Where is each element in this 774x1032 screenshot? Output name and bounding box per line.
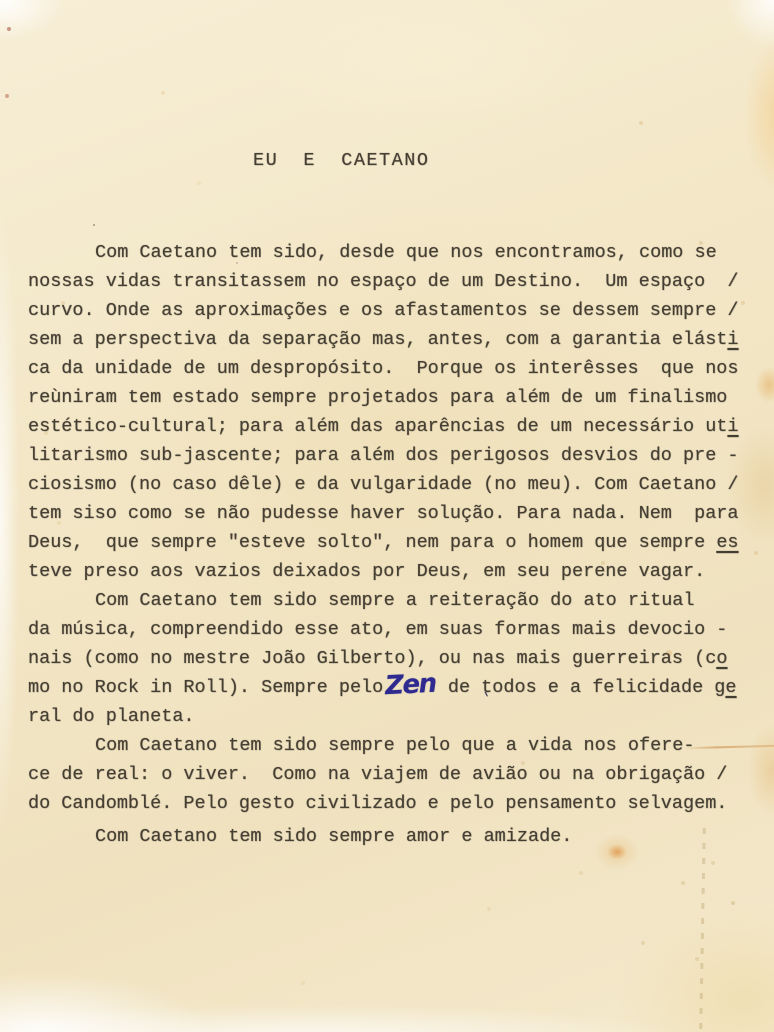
text-line: tem siso como se não pudesse haver soluç… [28, 499, 768, 528]
text-line: reùniram tem estado sempre projetados pa… [28, 383, 768, 412]
paragraph: Com Caetano tem sido sempre a reiteração… [28, 586, 768, 731]
typed-text: Com Caetano tem sido, desde que nos enco… [95, 242, 717, 263]
typed-text: da música, compreendido esse ato, em sua… [28, 619, 727, 640]
text-line: Com Caetano tem sido sempre a reiteração… [28, 586, 768, 615]
typed-text: Deus, que sempre "esteve solto", nem par… [28, 532, 716, 553]
paragraph: Com Caetano tem sido sempre amor e amiza… [28, 822, 768, 851]
document-title: EU E CAETANO [253, 150, 429, 172]
typed-text: ral do planeta. [28, 706, 195, 727]
underlined-text: i [727, 416, 738, 437]
typed-text: reùniram tem estado sempre projetados pa… [28, 387, 727, 408]
text-line: Com Caetano tem sido sempre pelo que a v… [28, 731, 768, 760]
text-line: estético-cultural; para além das aparênc… [28, 412, 768, 441]
typed-text: ciosismo (no caso dêle) e da vulgaridade… [28, 474, 739, 495]
typed-text: ca da unidade de um despropósito. Porque… [28, 358, 739, 379]
typed-text: Com Caetano tem sido sempre a reiteração… [95, 590, 695, 611]
typed-text: do Candomblé. Pelo gesto civilizado e pe… [28, 793, 727, 814]
typed-text: Com Caetano tem sido sempre pelo que a v… [95, 735, 695, 756]
text-line: sem a perspectiva da separação mas, ante… [28, 325, 768, 354]
typed-text: teve preso aos vazios deixados por Deus,… [28, 561, 705, 582]
scanned-page: EU E CAETANO Com Caetano tem sido, desde… [0, 0, 774, 1032]
typed-text: Com Caetano tem sido sempre amor e amiza… [95, 826, 572, 847]
typed-text: mo no Rock in Roll). Sempre pelo [28, 677, 383, 698]
text-line: ca da unidade de um despropósito. Porque… [28, 354, 768, 383]
underlined-text: o [716, 648, 727, 669]
text-line: Deus, que sempre "esteve solto", nem par… [28, 528, 768, 557]
typed-text: sem a perspectiva da separação mas, ante… [28, 329, 727, 350]
underlined-text: e [725, 677, 736, 698]
document-text-layer: EU E CAETANO Com Caetano tem sido, desde… [0, 0, 774, 1032]
text-line: ciosismo (no caso dêle) e da vulgaridade… [28, 470, 768, 499]
text-line: ce de real: o viver. Como na viajem de a… [28, 760, 768, 789]
handwritten-word: Zen [385, 674, 436, 697]
typed-text: litarismo sub-jascente; para além dos pe… [28, 445, 739, 466]
text-line: Com Caetano tem sido, desde que nos enco… [28, 238, 768, 267]
text-line: mo no Rock in Roll). Sempre peloZen de t… [28, 673, 768, 702]
typed-text: nais (como no mestre João Gilberto), ou … [28, 648, 716, 669]
text-line: da música, compreendido esse ato, em sua… [28, 615, 768, 644]
typed-text: curvo. Onde as aproximações e os afastam… [28, 300, 739, 321]
text-line: ral do planeta. [28, 702, 768, 731]
underlined-text: i [727, 329, 738, 350]
underlined-text: es [716, 532, 738, 553]
typed-text: nossas vidas transitassem no espaço de u… [28, 271, 739, 292]
paragraph: Com Caetano tem sido, desde que nos enco… [28, 238, 768, 586]
typed-text: estético-cultural; para além das aparênc… [28, 416, 727, 437]
typed-text: de todos e a felicidade g [437, 677, 726, 698]
paragraph: Com Caetano tem sido sempre pelo que a v… [28, 731, 768, 818]
typed-text: ce de real: o viver. Como na viajem de a… [28, 764, 727, 785]
text-line: litarismo sub-jascente; para além dos pe… [28, 441, 768, 470]
text-line: do Candomblé. Pelo gesto civilizado e pe… [28, 789, 768, 818]
text-line: teve preso aos vazios deixados por Deus,… [28, 557, 768, 586]
text-line: Com Caetano tem sido sempre amor e amiza… [28, 822, 768, 851]
text-line: nais (como no mestre João Gilberto), ou … [28, 644, 768, 673]
text-line: nossas vidas transitassem no espaço de u… [28, 267, 768, 296]
typed-text: tem siso como se não pudesse haver soluç… [28, 503, 739, 524]
text-line: curvo. Onde as aproximações e os afastam… [28, 296, 768, 325]
